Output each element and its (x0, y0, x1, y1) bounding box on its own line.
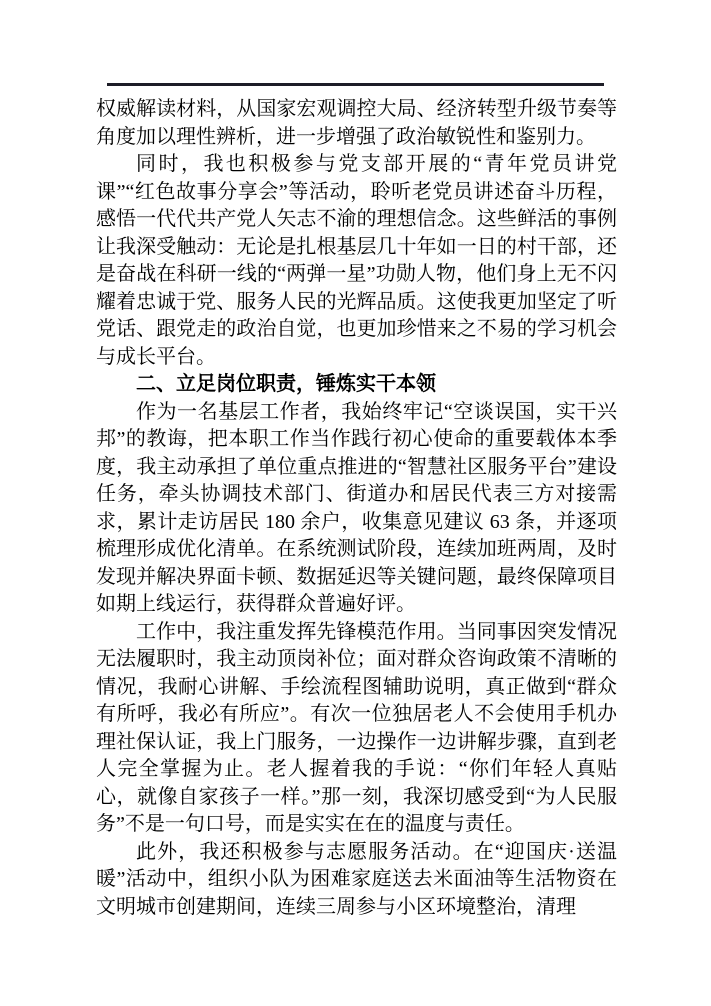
paragraph: 同时，我也积极参与党支部开展的“青年党员讲党课”“红色故事分享会”等活动，聆听老… (96, 151, 617, 371)
paragraph: 此外，我还积极参与志愿服务活动。在“迎国庆·送温暖”活动中，组织小队为困难家庭送… (96, 839, 617, 922)
paragraph: 作为一名基层工作者，我始终牢记“空谈误国，实干兴邦”的教诲，把本职工作当作践行初… (96, 399, 617, 619)
paragraph-continuation: 权威解读材料，从国家宏观调控大局、经济转型升级节奏等角度加以理性辨析，进一步增强… (96, 96, 617, 151)
paragraph: 工作中，我注重发挥先锋模范作用。当同事因突发情况无法履职时，我主动顶岗补位；面对… (96, 619, 617, 839)
document-page: 权威解读材料，从国家宏观调控大局、经济转型升级节奏等角度加以理性辨析，进一步增强… (0, 0, 711, 1006)
document-body: 权威解读材料，从国家宏观调控大局、经济转型升级节奏等角度加以理性辨析，进一步增强… (96, 96, 617, 921)
header-rule (107, 83, 604, 86)
section-heading: 二、立足岗位职责，锤炼实干本领 (96, 371, 617, 399)
